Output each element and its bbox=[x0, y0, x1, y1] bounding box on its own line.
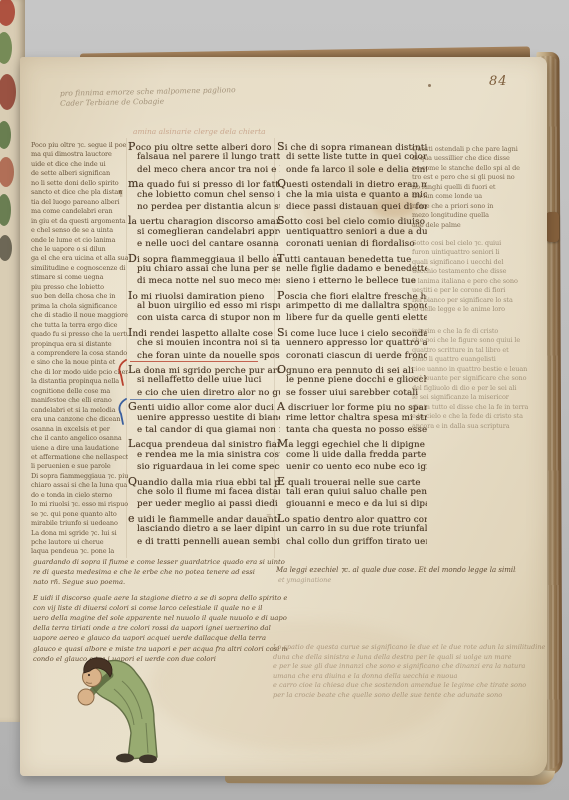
text-line: onde le lume et cio lanima bbox=[31, 236, 128, 245]
text-line: ma quado fui si presso di lor fatto bbox=[128, 177, 280, 189]
red-paragraph-flourish bbox=[115, 358, 129, 388]
text-line: che poi che le figure sono quiui le bbox=[412, 336, 528, 345]
text-line: Indi rendei laspetto allalte cose bbox=[128, 326, 280, 338]
text-line: pche lautore ui cherue bbox=[31, 538, 128, 547]
text-line: nel bianco per significare lo sta bbox=[412, 296, 528, 305]
text-line: a comprendere la cosa stando bbox=[31, 349, 128, 358]
text-line: Lo spatio dentro alor quattro contenne bbox=[277, 512, 427, 524]
text-line: piu presso che lobietto bbox=[31, 283, 128, 292]
right-margin-gloss-3: interim e che la fe di cristoche poi che… bbox=[412, 327, 528, 431]
text-line: uiene a dire una laudatione bbox=[31, 444, 128, 453]
text-line: Io mi riuolsi damiration pieno bbox=[128, 289, 280, 301]
text-line: uennero appresso lor quattro animali bbox=[277, 338, 427, 350]
text-line: Tutti cantauan benedetta tue bbox=[277, 252, 427, 264]
ink-speck bbox=[428, 84, 431, 87]
text-line: cognitione delle cose ma bbox=[31, 387, 128, 396]
text-line: le penne piene docchi e gliocchi dargo bbox=[277, 375, 427, 387]
text-line: de sette alberi significan bbox=[31, 169, 128, 178]
text-line: sio riguardaua in lei come specchio aco bbox=[128, 462, 280, 474]
text-line: dia in tutto el disse che la fe in terra bbox=[412, 403, 528, 412]
text-line: ma qui dimostra lauctore bbox=[31, 150, 128, 159]
text-line: uapore aereo e glauco da uapori acquei u… bbox=[33, 633, 287, 643]
text-line: si comeglieran candelabri apprese bbox=[128, 227, 280, 239]
text-line: uenire appresso uestite di bianco bbox=[128, 413, 280, 425]
text-line: Ma leggi egechiel che li dipigne bbox=[277, 437, 427, 449]
text-line: E uidi il discorso quale aere la stagion… bbox=[33, 593, 287, 603]
text-line: no li sette doni dello spirito bbox=[31, 179, 128, 188]
text-line: e chel senso de se a uinta bbox=[31, 226, 128, 235]
text-line: ga el che era uicina et alla sua bbox=[31, 254, 128, 263]
text-line: uenir co uento eco nube eco igne bbox=[277, 462, 427, 474]
text-line: per la crocie beate che quelle sono dell… bbox=[273, 691, 549, 701]
text-line: mirabile triunfo si uedeano bbox=[31, 519, 128, 528]
text-line: che la mia uista e quanto a mio auiso bbox=[277, 190, 427, 202]
text-line: umana che era diuina e la donna della ue… bbox=[273, 672, 549, 682]
text-line: no perdea per distantia alcun suo atto bbox=[128, 202, 280, 214]
text-line: uentiquattro seniori a due a due bbox=[277, 227, 427, 239]
text-line: uide et dice che inde ui bbox=[31, 160, 128, 169]
text-line: del figliuolo di dio e per le sei ali bbox=[412, 384, 528, 393]
text-line: che tutta la terra ergo dice bbox=[31, 321, 128, 330]
text-line: che solo il fiume mi facea distante bbox=[128, 487, 280, 499]
tercet-mark: = bbox=[266, 512, 272, 520]
text-line: Si che di sopra rimanean distinti bbox=[277, 140, 427, 152]
text-line: coronati uenian di fiordaliso bbox=[277, 239, 427, 251]
text-line: di qua uessillier che dice disse bbox=[412, 154, 528, 163]
text-line: le sei significanze la misericor bbox=[412, 393, 528, 402]
text-line: e di tratti pennelli auean sembian bbox=[128, 537, 280, 549]
text-line: similitudine e cognoscenze di bbox=[31, 264, 128, 273]
text-line: li peruenien e sue parole bbox=[31, 462, 128, 471]
text-line: e tal candor di qua giamai non fuci bbox=[128, 425, 280, 437]
text-line: con vij liste di diuersi colori si come … bbox=[33, 603, 287, 613]
text-line: e rendea me la mia sinistra costa bbox=[128, 450, 280, 462]
text-line: do e tonda in cielo sterno bbox=[31, 491, 128, 500]
text-line: tali eran quiui saluo challe penne bbox=[277, 487, 427, 499]
text-line: Sotto cosi bel cielo ⁊c. quiui bbox=[412, 239, 528, 248]
text-line: Si come luce luce i cielo seconda bbox=[277, 326, 427, 338]
text-line: della terra tiriati onde a tre colori ro… bbox=[33, 623, 287, 633]
text-line: to delle legge e le anime loro bbox=[412, 305, 528, 314]
correction-caret: ¶ bbox=[118, 189, 123, 198]
text-line: ade dele palme bbox=[412, 221, 528, 230]
text-line: propinqua era si distante bbox=[31, 340, 128, 349]
text-line: e sino che la noue pinta et bbox=[31, 358, 128, 367]
text-line: Di sopra fiammeggiaua il bello arnese bbox=[128, 252, 280, 264]
text-line: Questi ostendali p che pare lagni bbox=[412, 145, 528, 154]
text-line: se ⁊c. qui pone quanto alto bbox=[31, 510, 128, 519]
text-line: sieno i etterno le bellece tue bbox=[277, 276, 427, 288]
text-line: del meco chera ancor tra noi e loro bbox=[128, 165, 280, 177]
text-line: e uidi le fiammelle andar dauante bbox=[128, 512, 280, 524]
text-line: rime lettor chaltra spesa mi strigne bbox=[277, 413, 427, 425]
text-line: E quali trouerai nelle sue carte bbox=[277, 475, 427, 487]
fore-edge-tab bbox=[546, 212, 559, 242]
left-margin-gloss: Poco piu oltre ⁊c. segue il poema qui di… bbox=[31, 141, 128, 557]
text-line: coronati ciascun di uerde fronda bbox=[277, 351, 427, 363]
right-margin-gloss-2: Sotto cosi bel cielo ⁊c. quiuifuron uint… bbox=[412, 239, 528, 315]
text-line: la distantia propinqua nella bbox=[31, 377, 128, 386]
text-line: Sotto cosi bel cielo comio diuiso bbox=[277, 214, 427, 226]
text-line: ancora e in dalla sua scriptura bbox=[412, 422, 528, 431]
text-line: arimpetto di me dallaltra sponda bbox=[277, 301, 427, 313]
text-line: con uista carca di stupor non meno bbox=[128, 313, 280, 325]
text-line: e in cielo e che la fede di cristo sta bbox=[412, 412, 528, 421]
text-line: La dona mi sgrido perche pur ardi bbox=[128, 363, 280, 375]
text-line: uero della magine del sole apparente nel… bbox=[33, 613, 287, 623]
text-line: candelabri et si la melodia bbox=[31, 406, 128, 415]
text-line: e lanima italiana e pero che sono bbox=[412, 277, 528, 286]
text-line: Poscia che fiori elaltre fresche herbett… bbox=[277, 289, 427, 301]
text-line: nutre che a priori sono in bbox=[412, 202, 528, 211]
text-line: chiaro assai si che la luna qua bbox=[31, 481, 128, 490]
text-line: nel leuante per significare che sono bbox=[412, 374, 528, 383]
text-line: quali significano i uecchi del bbox=[412, 258, 528, 267]
text-line: e per le sue gli due innanzi che sono e … bbox=[273, 662, 549, 672]
text-line: falsaua nel parere il lungo tratto bbox=[128, 152, 280, 164]
text-line: Ognuno era pennuto di sei ali bbox=[277, 363, 427, 375]
text-line: diece passi distauan quei di fori bbox=[277, 202, 427, 214]
text-line: Io mi riuolsi ⁊c. esso mi rispuo bbox=[31, 500, 128, 509]
text-line: stimare si come uegna bbox=[31, 273, 128, 282]
text-line: piu chiaro assai che luna per sereno bbox=[128, 264, 280, 276]
text-line: interim e che la fe di cristo bbox=[412, 327, 528, 336]
text-line: re di questa medesima e che le erbe che … bbox=[33, 567, 287, 577]
poem-column-left: Poco piu oltre sette alberi dorofalsaua … bbox=[128, 140, 280, 549]
text-line: che le uapore o si dilun bbox=[31, 245, 128, 254]
text-line: che lobietto comun chel senso inganna bbox=[128, 190, 280, 202]
text-line: A discriuer lor forme piu no spargo bbox=[277, 400, 427, 412]
text-line: Questi ostendali in dietro eran maggiori bbox=[277, 177, 427, 189]
text-line: laqua pendeua ⁊c. pone la bbox=[31, 547, 128, 556]
text-line: che si mouien incontra noi si tardi bbox=[128, 338, 280, 350]
text-line: nelle figlie dadamo e benedette bbox=[277, 264, 427, 276]
text-line: lasciando dietro a se laer dipinto bbox=[128, 524, 280, 536]
text-line: suo ben della chosa che in bbox=[31, 292, 128, 301]
text-line: quattro scritture in tal libro et bbox=[412, 346, 528, 355]
text-line: quado fu si presso che la uertu bbox=[31, 330, 128, 339]
manuscript-photo: 84 pro finnima emorze sche malpomene pag… bbox=[0, 0, 569, 800]
red-rubric-underline bbox=[130, 361, 258, 362]
text-line: furon uintiquattro seniori li bbox=[412, 248, 528, 257]
folio-number: 84 bbox=[489, 74, 508, 89]
text-line: che di lor modo uide pcio chera bbox=[31, 368, 128, 377]
text-line: guardando di sopra il fiume e come lesse… bbox=[33, 557, 287, 567]
text-line: Quandio dalla mia riua ebbi tal posta bbox=[128, 475, 280, 487]
text-line: mezo longitudine quella bbox=[412, 211, 528, 220]
text-line: osanna in excelsis et per bbox=[31, 425, 128, 434]
poem-column-right: Si che di sopra rimanean distintidi sett… bbox=[277, 140, 427, 549]
ezechiel-note: Ma leggi ezechiel ⁊c. al quale due cose.… bbox=[276, 566, 516, 574]
text-line: se fosser uiui sarebber cotali bbox=[277, 388, 427, 400]
text-line: uestiti e per le corone di fiori bbox=[412, 286, 528, 295]
text-line: si nellaffetto delle uiue luci bbox=[128, 375, 280, 387]
text-line: e nelle uoci del cantare osanna bbox=[128, 239, 280, 251]
text-line: uecchio testamento che disse bbox=[412, 267, 528, 276]
bent-figure-illustration bbox=[62, 645, 180, 763]
text-line: tia del luogo pareano alberi bbox=[31, 198, 128, 207]
text-line: sono li quattro euangelisti bbox=[412, 355, 528, 364]
text-line: chal collo dun griffon tirato uenne bbox=[277, 537, 427, 549]
text-line: Lacqua prendeua dal sinistro fianco bbox=[128, 437, 280, 449]
blue-paragraph-flourish bbox=[115, 397, 129, 427]
text-line: duna che della sinistra e luna della des… bbox=[273, 653, 549, 663]
text-line: et affermatione che nellaspecto bbox=[31, 453, 128, 462]
faded-rubric-inscription: amina alsinarie clerge dela chierta bbox=[133, 127, 323, 136]
text-line: Lo spatio de questa curue se significano… bbox=[273, 643, 549, 653]
text-line: giouanni e meco e da lui si diparte bbox=[277, 499, 427, 511]
text-line: libere fur da quelle genti elette bbox=[277, 313, 427, 325]
text-line: Genti uidio allor come alor duci bbox=[128, 400, 280, 412]
text-line: Poco piu oltre sette alberi doro bbox=[128, 140, 280, 152]
text-line: al buon uirgilio ed esso mi rispuose bbox=[128, 301, 280, 313]
text-line: Poco piu oltre ⁊c. segue il poe bbox=[31, 141, 128, 150]
text-line: tro est e pero che si gli puosi no bbox=[412, 173, 528, 182]
text-line: di meca notte nel suo meco mese bbox=[128, 276, 280, 288]
text-line: La dona mi sgride ⁊c. lui si bbox=[31, 529, 128, 538]
text-line: cioe uanno in quattro bestie e leuan bbox=[412, 365, 528, 374]
ezechiel-note-2: et ymaginatione bbox=[278, 576, 398, 584]
bottom-right-gloss: Lo spatio de questa curue se significano… bbox=[273, 643, 549, 700]
text-line: in giu et da questi argomenta bbox=[31, 217, 128, 226]
text-line: per ueder meglio ai passi diedi sosta bbox=[128, 499, 280, 511]
text-line: nato rñ. Segue suo poema. bbox=[33, 577, 287, 587]
text-line: manifestoe che elli erano bbox=[31, 396, 128, 405]
text-line: prima la chola significance bbox=[31, 302, 128, 311]
right-margin-gloss-1: Questi ostendali p che pare lagnidi qua … bbox=[412, 145, 528, 230]
text-line: di sette liste tutte in quei colori bbox=[277, 152, 427, 164]
text-line: come li uide dalla fredda parte bbox=[277, 450, 427, 462]
text-line: era una canzone che dicean bbox=[31, 415, 128, 424]
text-line: Di sopra fiammeggiaua ⁊c. piu bbox=[31, 472, 128, 481]
text-line: tanta cha questa no posso esser largo bbox=[277, 425, 427, 437]
text-line: un carro in su due rote triunfale bbox=[277, 524, 427, 536]
text-line: e carro cioe la chiesa due che sostendon… bbox=[273, 681, 549, 691]
text-line: che il canto angelico osanna bbox=[31, 434, 128, 443]
text-line: ma come candelabri eran bbox=[31, 207, 128, 216]
text-line: no lunghi quelli di fuori et bbox=[412, 183, 528, 192]
text-line: sancto et dice che pla distan bbox=[31, 188, 128, 197]
text-line: ne come le stanche dello spi al de bbox=[412, 164, 528, 173]
text-line: che di stadio il noue maggiore bbox=[31, 311, 128, 320]
text-line: tra lun come londe ua bbox=[412, 192, 528, 201]
text-line: la uertu charagion discorso amanna bbox=[128, 214, 280, 226]
blue-rubric-underline bbox=[130, 399, 250, 400]
text-line: onde fa larco il sole e delia cinto bbox=[277, 165, 427, 177]
